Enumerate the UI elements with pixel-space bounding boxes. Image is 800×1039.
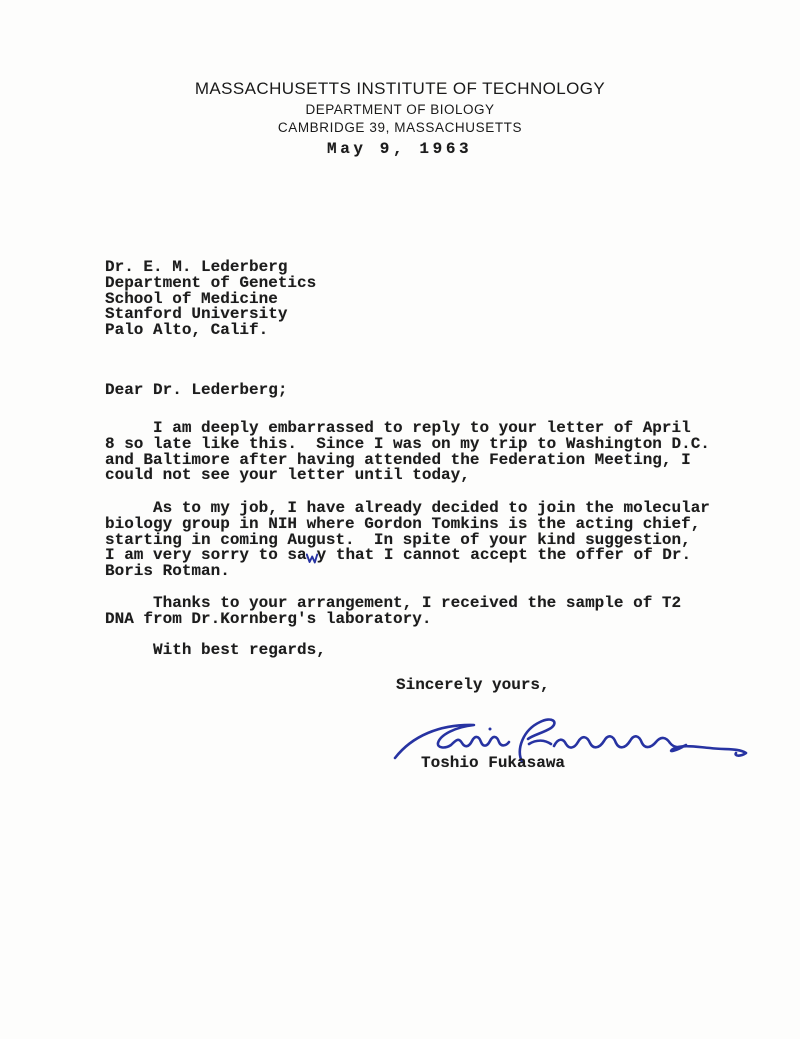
salutation: Dear Dr. Lederberg; [105,383,287,399]
letterhead-address: CAMBRIDGE 39, MASSACHUSETTS [0,120,800,135]
body-paragraph-1: I am deeply embarrassed to reply to your… [105,421,710,484]
regards-line: With best regards, [105,643,326,659]
body-paragraph-3: Thanks to your arrangement, I received t… [105,596,681,628]
letterhead-department: DEPARTMENT OF BIOLOGY [0,102,800,117]
typed-signature-name: Toshio Fukasawa [421,756,565,772]
letter-page: MASSACHUSETTS INSTITUTE OF TECHNOLOGY DE… [0,0,800,1039]
letter-date: May 9, 1963 [327,142,472,158]
recipient-address-block: Dr. E. M. Lederberg Department of Geneti… [105,260,316,339]
valediction: Sincerely yours, [396,678,550,694]
letterhead-institution: MASSACHUSETTS INSTITUTE OF TECHNOLOGY [0,79,800,99]
body-paragraph-2: As to my job, I have already decided to … [105,501,710,580]
